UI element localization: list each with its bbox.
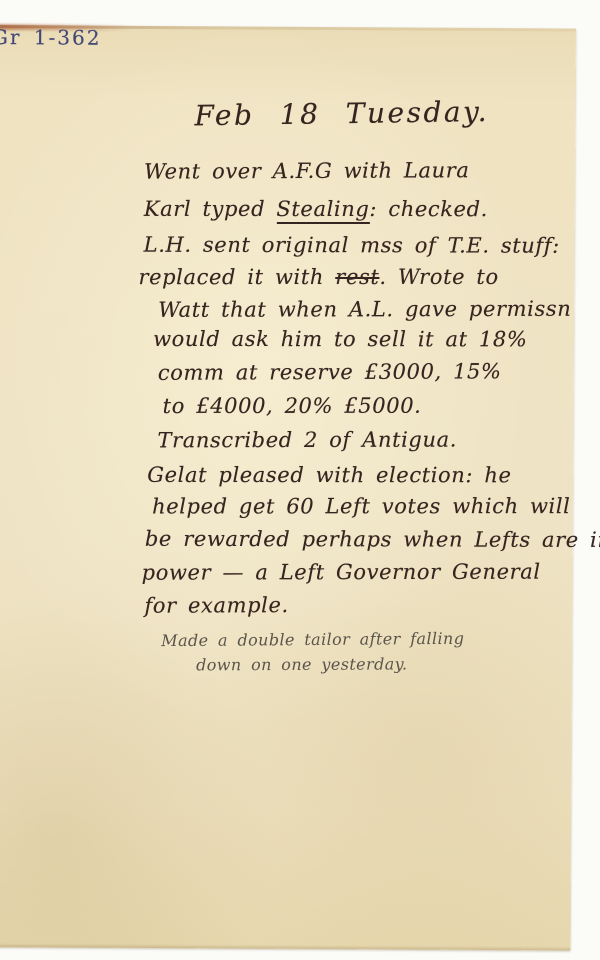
manuscript-line: Went over A.F.G with Laura bbox=[144, 158, 469, 183]
manuscript-line: Gelat pleased with election: he bbox=[147, 463, 511, 487]
struck-word: rest bbox=[335, 265, 379, 289]
manuscript-line: would ask him to sell it at 18% bbox=[153, 327, 527, 351]
manuscript-line: Transcribed 2 of Antigua. bbox=[157, 428, 457, 453]
manuscript-line: power — a Left Governor General bbox=[142, 560, 541, 585]
manuscript-line: be rewarded perhaps when Lefts are in bbox=[145, 527, 600, 552]
manuscript-page: Gr 1-362 Feb 18 Tuesday. Went over A.F.G… bbox=[0, 25, 576, 951]
underlined-word: Stealing bbox=[276, 197, 369, 224]
manuscript-line: helped get 60 Left votes which will bbox=[152, 494, 570, 518]
manuscript-line: for example. bbox=[144, 593, 288, 618]
manuscript-line: Watt that when A.L. gave permissn bbox=[158, 297, 571, 322]
manuscript-line: replaced it with rest. Wrote to bbox=[138, 265, 498, 289]
line-segment: . Wrote to bbox=[379, 265, 498, 289]
archival-number: Gr 1-362 bbox=[0, 25, 102, 50]
manuscript-line-pencil: Made a double tailor after falling bbox=[161, 629, 464, 650]
manuscript-line: Karl typed Stealing: checked. bbox=[144, 197, 488, 221]
date-heading: Feb 18 Tuesday. bbox=[194, 95, 489, 132]
manuscript-line-pencil: down on one yesterday. bbox=[196, 654, 407, 674]
line-segment: Karl typed bbox=[144, 197, 277, 221]
line-segment: replaced it with bbox=[138, 265, 335, 289]
line-segment: : checked. bbox=[369, 197, 488, 221]
manuscript-line: L.H. sent original mss of T.E. stuff: bbox=[144, 233, 560, 258]
manuscript-line: to £4000, 20% £5000. bbox=[163, 394, 422, 418]
manuscript-line: comm at reserve £3000, 15% bbox=[158, 359, 502, 384]
